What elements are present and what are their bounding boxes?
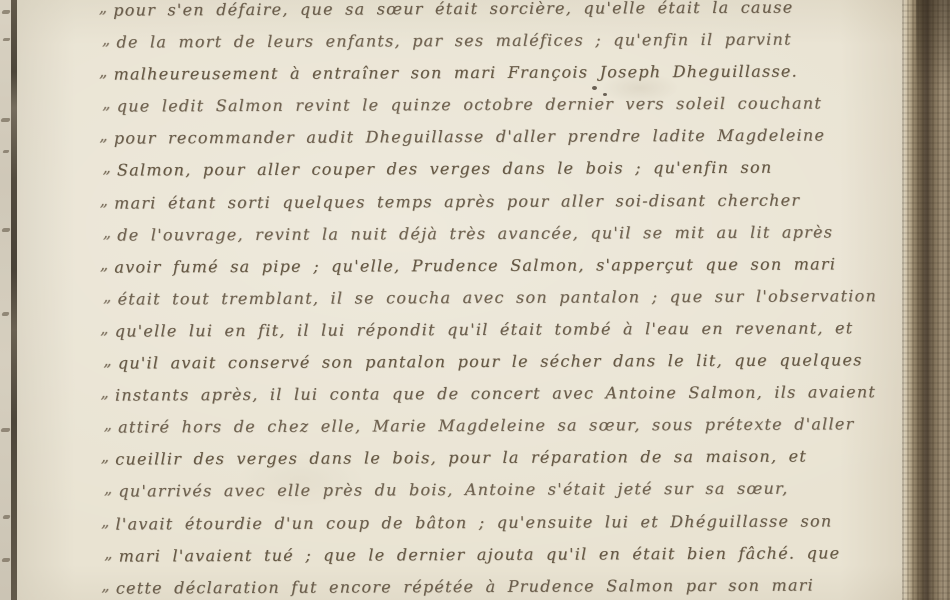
line-text: pour s'en défaire, que sa sœur était sor… — [113, 0, 793, 20]
line-text: qu'elle lui en fit, il lui répondit qu'i… — [115, 318, 854, 340]
line-text: pour recommander audit Dheguillasse d'al… — [114, 126, 825, 148]
manuscript-text: „pour s'en défaire, que sa sœur était so… — [0, 0, 950, 600]
line-text: instants après, il lui conta que de conc… — [115, 382, 876, 404]
quote-mark: „ — [99, 56, 109, 88]
quote-mark: „ — [100, 248, 110, 280]
line-text: mari étant sorti quelques temps après po… — [114, 190, 800, 212]
ink-speck — [603, 93, 607, 96]
quote-mark: „ — [100, 377, 110, 409]
line-text: avoir fumé sa pipe ; qu'elle, Prudence S… — [114, 254, 836, 276]
line-text: l'avait étourdie d'un coup de bâton ; qu… — [115, 511, 832, 533]
manuscript-line: „attiré hors de chez elle, Marie Magdele… — [0, 408, 950, 444]
quote-mark: „ — [103, 280, 113, 312]
line-text: mari l'avaient tué ; que le dernier ajou… — [119, 543, 841, 565]
quote-mark: „ — [99, 120, 109, 152]
manuscript-line: „pour recommander audit Dheguillasse d'a… — [0, 119, 949, 155]
manuscript-line: „avoir fumé sa pipe ; qu'elle, Prudence … — [0, 248, 950, 284]
quote-mark: „ — [102, 152, 112, 184]
quote-mark: „ — [101, 569, 111, 600]
quote-mark: „ — [103, 345, 113, 377]
manuscript-line: „qu'elle lui en fit, il lui répondit qu'… — [0, 312, 950, 348]
line-text: Salmon, pour aller couper des verges dan… — [117, 158, 772, 180]
manuscript-line: „qu'il avait conservé son pantalon pour … — [0, 344, 950, 380]
quote-mark: „ — [102, 88, 112, 120]
manuscript-scan: „pour s'en défaire, que sa sœur était so… — [0, 0, 950, 600]
quote-mark: „ — [103, 409, 113, 441]
quote-mark: „ — [100, 313, 110, 345]
manuscript-line: „mari l'avaient tué ; que le dernier ajo… — [1, 537, 950, 573]
line-text: de la mort de leurs enfants, par ses mal… — [116, 30, 791, 52]
quote-mark: „ — [101, 441, 111, 473]
manuscript-line: „de l'ouvrage, revint la nuit déjà très … — [0, 216, 950, 252]
line-text: que ledit Salmon revint le quinze octobr… — [117, 94, 822, 116]
quote-mark: „ — [103, 216, 113, 248]
manuscript-line: „qu'arrivés avec elle près du bois, Anto… — [1, 472, 950, 508]
quote-mark: „ — [99, 0, 109, 24]
manuscript-line: „cette déclaration fut encore répétée à … — [1, 569, 950, 600]
manuscript-line: „Salmon, pour aller couper des verges da… — [0, 151, 950, 187]
line-text: cueillir des verges dans le bois, pour l… — [115, 447, 807, 469]
quote-mark: „ — [100, 184, 110, 216]
manuscript-line: „instants après, il lui conta que de con… — [0, 376, 950, 412]
manuscript-line: „que ledit Salmon revint le quinze octob… — [0, 87, 949, 123]
line-text: qu'arrivés avec elle près du bois, Antoi… — [118, 479, 788, 501]
line-text: qu'il avait conservé son pantalon pour l… — [118, 350, 863, 372]
quote-mark: „ — [102, 24, 112, 56]
quote-mark: „ — [104, 473, 114, 505]
quote-mark: „ — [104, 537, 114, 569]
manuscript-line: „était tout tremblant, il se coucha avec… — [0, 280, 950, 316]
manuscript-line: „l'avait étourdie d'un coup de bâton ; q… — [1, 504, 950, 540]
line-text: cette déclaration fut encore répétée à P… — [116, 575, 814, 597]
line-text: attiré hors de chez elle, Marie Magdelei… — [118, 415, 854, 437]
manuscript-line: „mari étant sorti quelques temps après p… — [0, 183, 950, 219]
manuscript-line: „de la mort de leurs enfants, par ses ma… — [0, 23, 949, 59]
ink-speck — [592, 86, 597, 90]
line-text: était tout tremblant, il se coucha avec … — [118, 286, 878, 308]
book-gutter — [902, 0, 950, 600]
gutter-shadow — [916, 0, 950, 90]
quote-mark: „ — [101, 505, 111, 537]
manuscript-line: „malheureusement à entraîner son mari Fr… — [0, 55, 949, 91]
line-text: de l'ouvrage, revint la nuit déjà très a… — [117, 222, 833, 244]
line-text: malheureusement à entraîner son mari Fra… — [114, 62, 798, 84]
manuscript-line: „cueillir des verges dans le bois, pour … — [1, 440, 950, 476]
